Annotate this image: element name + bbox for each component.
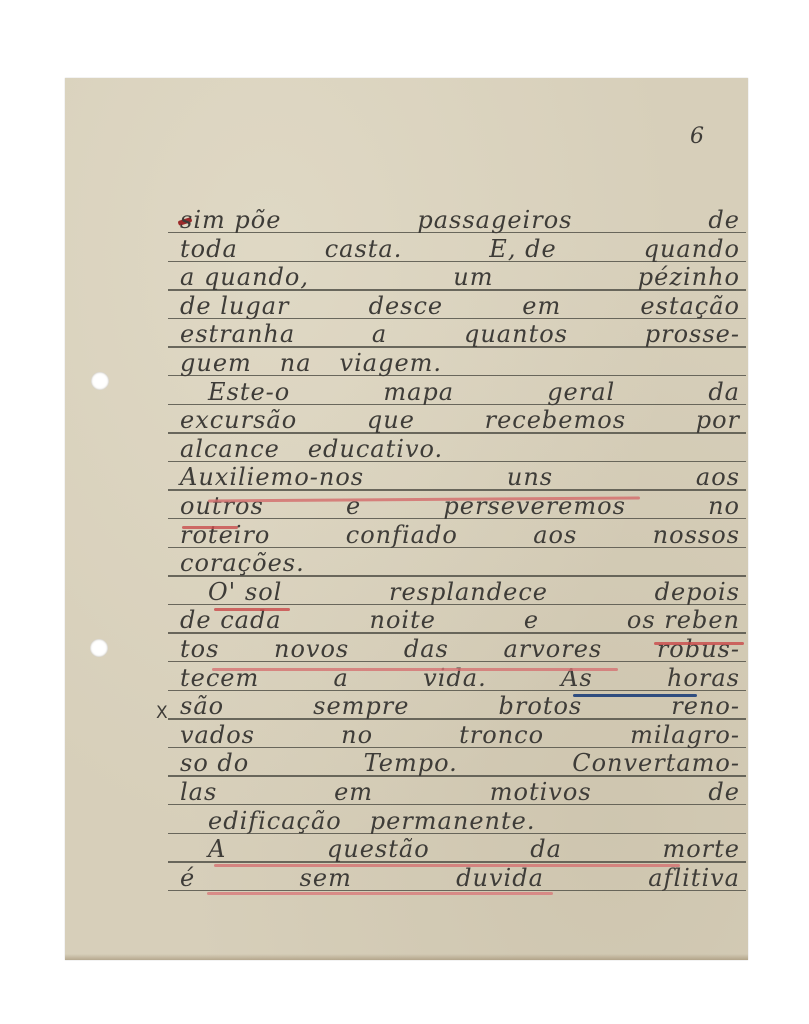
manuscript-line: roteiroconfiadoaosnossos — [180, 520, 740, 548]
handwritten-word: em — [334, 779, 373, 805]
manuscript-line: corações. — [180, 548, 740, 576]
handwritten-word: estranha — [180, 321, 295, 347]
red-underline-rebentos — [654, 642, 744, 645]
handwritten-word: no — [708, 493, 740, 519]
red-underline-sem-duvida — [207, 892, 553, 895]
handwritten-word: casta. — [325, 236, 403, 262]
handwritten-word: os reben — [627, 607, 740, 633]
handwritten-word: alcance — [180, 436, 280, 462]
page-edge-stain — [65, 954, 748, 960]
punched-hole-upper — [91, 372, 109, 390]
handwritten-word: vados — [180, 722, 255, 748]
handwritten-word: E, de — [489, 236, 556, 262]
manuscript-line: alcanceeducativo. — [180, 434, 740, 462]
handwritten-word: permanente. — [370, 808, 536, 834]
handwritten-word: sim põe — [180, 207, 281, 233]
handwritten-word: sempre — [313, 693, 409, 719]
red-underline-o-sol — [214, 608, 290, 611]
handwritten-word: sem — [300, 865, 352, 891]
handwritten-word: por — [696, 407, 740, 433]
manuscript-line: tosnovosdasarvoresrobus- — [180, 634, 740, 662]
red-underline-questao-morte — [214, 864, 680, 867]
manuscript-line: Este-omapageralda — [208, 377, 740, 405]
handwritten-word: corações. — [180, 550, 305, 576]
handwritten-word: milagro- — [630, 722, 740, 748]
handwritten-word: passageiros — [417, 207, 572, 233]
handwritten-word: motivos — [490, 779, 592, 805]
handwritten-word: confiado — [346, 522, 458, 548]
handwritten-word: Tempo. — [364, 750, 458, 776]
handwritten-word: no — [341, 722, 373, 748]
handwritten-word: de cada — [180, 607, 282, 633]
page-number: 6 — [690, 124, 704, 149]
manuscript-line: Auxiliemo-nosunsaos — [180, 462, 740, 490]
handwritten-word: horas — [667, 665, 740, 691]
handwritten-word: guem — [180, 350, 252, 376]
manuscript-line: edificaçãopermanente. — [208, 806, 740, 834]
handwritten-word: outros — [180, 493, 264, 519]
manuscript-line: so doTempo.Convertamo- — [180, 748, 740, 776]
handwritten-word: de — [708, 779, 740, 805]
handwritten-word: a — [372, 321, 387, 347]
manuscript-line: vadosnotroncomilagro- — [180, 720, 740, 748]
handwritten-word: novos — [274, 636, 349, 662]
red-underline-outros — [182, 526, 238, 529]
handwritten-word: aos — [696, 464, 740, 490]
handwritten-word: uns — [507, 464, 553, 490]
handwritten-word: quando — [644, 236, 740, 262]
handwritten-word: geral — [547, 379, 615, 405]
handwritten-word: tos — [180, 636, 219, 662]
handwritten-word: Este-o — [208, 379, 290, 405]
handwritten-word: de — [708, 207, 740, 233]
red-underline-novos-arvores — [212, 668, 618, 671]
handwritten-word: e — [524, 607, 539, 633]
manuscript-line: O' solresplandecedepois — [208, 577, 740, 605]
handwritten-word: são — [180, 693, 224, 719]
manuscript-line: a quando,umpézinho — [180, 262, 740, 290]
manuscript-line: sim põepassageirosde — [180, 205, 740, 233]
manuscript-line: Aquestãodamorte — [208, 834, 740, 862]
manuscript-line: excursãoquerecebemospor — [180, 405, 740, 433]
punched-hole-lower — [90, 639, 108, 657]
handwritten-word: viagem. — [340, 350, 443, 376]
manuscript-line: todacasta.E, dequando — [180, 234, 740, 262]
handwritten-word: Auxiliemo-nos — [180, 464, 364, 490]
handwritten-word: excursão — [180, 407, 297, 433]
handwritten-word: em — [522, 293, 561, 319]
handwritten-word: de lugar — [180, 293, 289, 319]
handwritten-word: toda — [180, 236, 238, 262]
blue-underline-as-horas — [573, 694, 697, 697]
handwritten-word: noite — [370, 607, 436, 633]
handwritten-word: robus- — [657, 636, 740, 662]
handwritten-word: a quando, — [180, 264, 309, 290]
manuscript-line: lasemmotivosde — [180, 777, 740, 805]
handwritten-word: da — [708, 379, 740, 405]
handwritten-word: das — [404, 636, 449, 662]
handwritten-word: A — [208, 836, 226, 862]
manuscript-line: de lugardesceemestação — [180, 291, 740, 319]
handwritten-word: duvida — [456, 865, 544, 891]
handwritten-word: nossos — [653, 522, 740, 548]
handwritten-word: reno- — [671, 693, 740, 719]
handwritten-word: prosse- — [645, 321, 740, 347]
handwritten-word: e — [346, 493, 361, 519]
handwritten-word: resplandece — [389, 579, 548, 605]
handwritten-word: desce — [369, 293, 444, 319]
handwritten-word: morte — [662, 836, 740, 862]
handwritten-word: estação — [640, 293, 740, 319]
manuscript-line: estranhaaquantosprosse- — [180, 319, 740, 347]
handwritten-word: que — [367, 407, 415, 433]
handwritten-word: las — [180, 779, 217, 805]
handwritten-word: O' sol — [208, 579, 282, 605]
handwritten-word: tronco — [459, 722, 544, 748]
handwritten-word: aos — [533, 522, 577, 548]
manuscript-line: guemnaviagem. — [180, 348, 740, 376]
handwritten-word: mapa — [383, 379, 454, 405]
handwritten-word: Convertamo- — [572, 750, 740, 776]
handwritten-word: depois — [655, 579, 740, 605]
handwritten-word: questão — [327, 836, 430, 862]
handwritten-word: um — [453, 264, 493, 290]
handwritten-word: educativo. — [308, 436, 443, 462]
handwritten-word: na — [280, 350, 312, 376]
manuscript-line: outroseperseveremosno — [180, 491, 740, 519]
handwritten-word: é — [180, 865, 195, 891]
manuscript-line: tecemavida.Ashoras — [180, 663, 740, 691]
handwritten-word: da — [530, 836, 562, 862]
handwritten-word: pézinho — [638, 264, 740, 290]
handwritten-word: recebemos — [485, 407, 626, 433]
handwritten-word: arvores — [503, 636, 602, 662]
handwritten-word: quantos — [464, 321, 568, 347]
handwritten-word: brotos — [499, 693, 583, 719]
margin-x-mark: X — [156, 703, 168, 723]
handwritten-word: aflitiva — [648, 865, 740, 891]
handwritten-word: edificação — [208, 808, 342, 834]
handwritten-word: so do — [180, 750, 249, 776]
